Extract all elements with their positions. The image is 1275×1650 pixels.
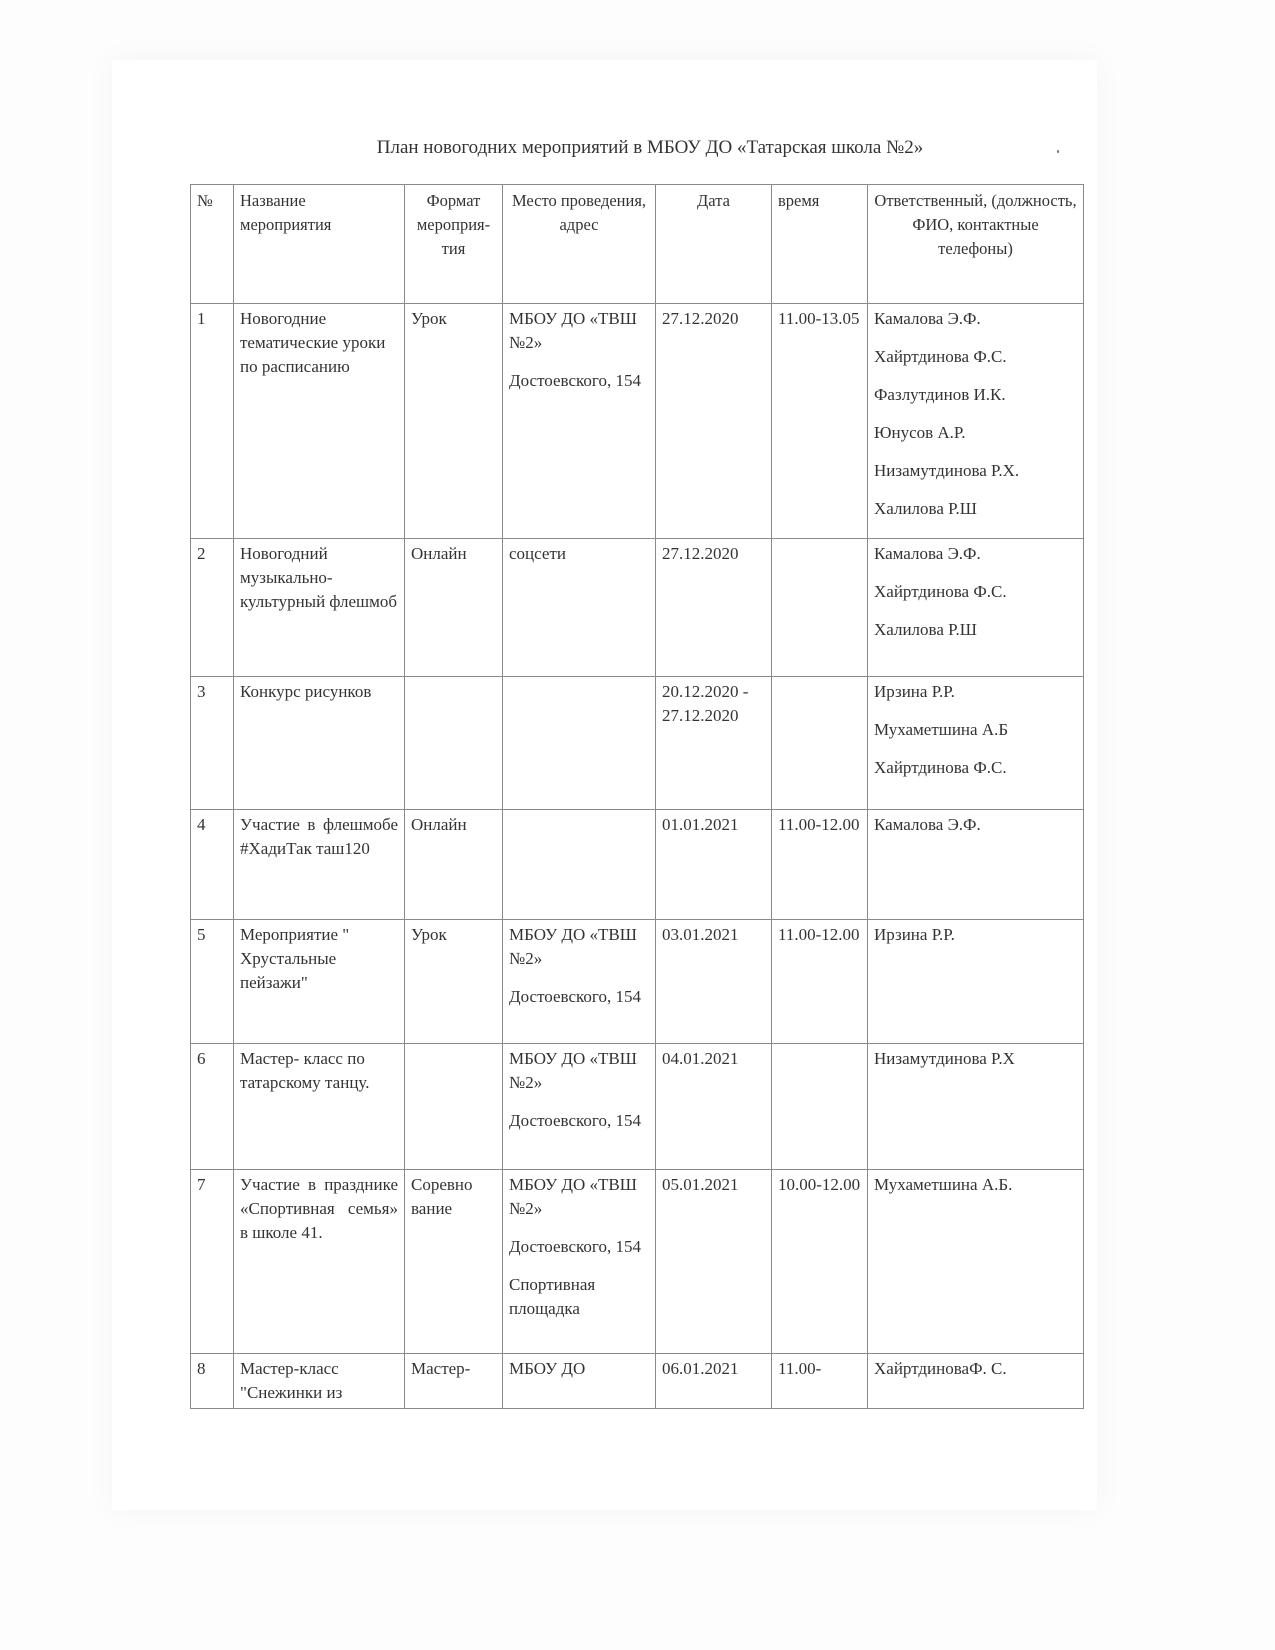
cell-time	[772, 539, 868, 677]
cell-date: 27.12.2020	[656, 304, 772, 539]
cell-name: Мастер-класс "Снежинки из	[234, 1354, 405, 1409]
responsible-person: Хайртдинова Ф.С.	[874, 756, 1077, 780]
cell-name: Новогодний музыкально-культурный флешмоб	[234, 539, 405, 677]
responsible-person: Низамутдинова Р.Х.	[874, 459, 1077, 483]
cell-format: Онлайн	[405, 539, 503, 677]
cell-place	[503, 810, 656, 920]
scan-speck	[1057, 150, 1059, 153]
cell-time: 10.00-12.00	[772, 1170, 868, 1354]
cell-time: 11.00-12.00	[772, 810, 868, 920]
cell-place: МБОУ ДО	[503, 1354, 656, 1409]
cell-place: МБОУ ДО «ТВШ №2»Достоевского, 154	[503, 1044, 656, 1170]
place-line: МБОУ ДО «ТВШ №2»	[509, 1047, 649, 1095]
responsible-person: Ирзина Р.Р.	[874, 923, 1077, 947]
responsible-person: Юнусов А.Р.	[874, 421, 1077, 445]
header-time: время	[772, 185, 868, 304]
cell-format	[405, 677, 503, 810]
cell-place: МБОУ ДО «ТВШ №2»Достоевского, 154	[503, 304, 656, 539]
cell-num: 8	[191, 1354, 234, 1409]
cell-place: соцсети	[503, 539, 656, 677]
cell-date: 20.12.2020 - 27.12.2020	[656, 677, 772, 810]
responsible-person: Камалова Э.Ф.	[874, 813, 1077, 837]
place-line: МБОУ ДО «ТВШ №2»	[509, 307, 649, 355]
table-row: 6Мастер- класс по татарскому танцу.МБОУ …	[191, 1044, 1084, 1170]
cell-responsible: Низамутдинова Р.Х	[868, 1044, 1084, 1170]
responsible-person: Ирзина Р.Р.	[874, 680, 1077, 704]
cell-name: Мастер- класс по татарскому танцу.	[234, 1044, 405, 1170]
responsible-person: Камалова Э.Ф.	[874, 307, 1077, 331]
cell-format: Соревно вание	[405, 1170, 503, 1354]
table-row: 4Участие в флешмобе #ХадиТак таш120Онлай…	[191, 810, 1084, 920]
cell-responsible: ХайртдиноваФ. С.	[868, 1354, 1084, 1409]
cell-date: 01.01.2021	[656, 810, 772, 920]
cell-num: 6	[191, 1044, 234, 1170]
responsible-person: ХайртдиноваФ. С.	[874, 1357, 1077, 1381]
table-body: 1Новогодние тематические уроки по распис…	[191, 304, 1084, 1409]
cell-name: Участие в флешмобе #ХадиТак таш120	[234, 810, 405, 920]
table-row: 8Мастер-класс "Снежинки изМастер-МБОУ ДО…	[191, 1354, 1084, 1409]
cell-format: Урок	[405, 304, 503, 539]
header-name: Название мероприятия	[234, 185, 405, 304]
cell-date: 05.01.2021	[656, 1170, 772, 1354]
cell-date: 27.12.2020	[656, 539, 772, 677]
place-line: Достоевского, 154	[509, 985, 649, 1009]
cell-responsible: Ирзина Р.Р.Мухаметшина А.БХайртдинова Ф.…	[868, 677, 1084, 810]
cell-num: 1	[191, 304, 234, 539]
cell-date: 06.01.2021	[656, 1354, 772, 1409]
cell-format: Мастер-	[405, 1354, 503, 1409]
place-line: МБОУ ДО «ТВШ №2»	[509, 923, 649, 971]
cell-num: 3	[191, 677, 234, 810]
place-line: Спортивная площадка	[509, 1273, 649, 1321]
cell-num: 4	[191, 810, 234, 920]
cell-num: 5	[191, 920, 234, 1044]
table-row: 7Участие в празднике «Спортивная семья» …	[191, 1170, 1084, 1354]
responsible-person: Хайртдинова Ф.С.	[874, 580, 1077, 604]
cell-num: 7	[191, 1170, 234, 1354]
cell-place: МБОУ ДО «ТВШ №2»Достоевского, 154	[503, 920, 656, 1044]
cell-responsible: Ирзина Р.Р.	[868, 920, 1084, 1044]
cell-time	[772, 1044, 868, 1170]
cell-time: 11.00-13.05	[772, 304, 868, 539]
place-line: МБОУ ДО	[509, 1357, 649, 1381]
cell-format: Онлайн	[405, 810, 503, 920]
responsible-person: Мухаметшина А.Б	[874, 718, 1077, 742]
cell-format: Урок	[405, 920, 503, 1044]
responsible-person: Фазлутдинов И.К.	[874, 383, 1077, 407]
cell-format	[405, 1044, 503, 1170]
responsible-person: Камалова Э.Ф.	[874, 542, 1077, 566]
cell-responsible: Камалова Э.Ф.Хайртдинова Ф.С.Фазлутдинов…	[868, 304, 1084, 539]
responsible-person: Мухаметшина А.Б.	[874, 1173, 1077, 1197]
table-row: 5Мероприятие " Хрустальные пейзажи"УрокМ…	[191, 920, 1084, 1044]
document-title: План новогодних мероприятий в МБОУ ДО «Т…	[0, 137, 1275, 159]
place-line: МБОУ ДО «ТВШ №2»	[509, 1173, 649, 1221]
place-line: соцсети	[509, 542, 649, 566]
header-responsible: Ответственный, (должность, ФИО, контактн…	[868, 185, 1084, 304]
table-header-row: № Название мероприятия Формат мероприя-т…	[191, 185, 1084, 304]
cell-name: Конкурс рисунков	[234, 677, 405, 810]
place-line: Достоевского, 154	[509, 369, 649, 393]
table-row: 2Новогодний музыкально-культурный флешмо…	[191, 539, 1084, 677]
place-line: Достоевского, 154	[509, 1235, 649, 1259]
events-table: № Название мероприятия Формат мероприя-т…	[190, 184, 1084, 1409]
table-row: 1Новогодние тематические уроки по распис…	[191, 304, 1084, 539]
cell-date: 03.01.2021	[656, 920, 772, 1044]
cell-place: МБОУ ДО «ТВШ №2»Достоевского, 154Спортив…	[503, 1170, 656, 1354]
responsible-person: Халилова Р.Ш	[874, 497, 1077, 521]
header-place: Место проведения, адрес	[503, 185, 656, 304]
cell-responsible: Камалова Э.Ф.Хайртдинова Ф.С.Халилова Р.…	[868, 539, 1084, 677]
responsible-person: Низамутдинова Р.Х	[874, 1047, 1077, 1071]
responsible-person: Халилова Р.Ш	[874, 618, 1077, 642]
cell-num: 2	[191, 539, 234, 677]
header-format: Формат мероприя-тия	[405, 185, 503, 304]
cell-time	[772, 677, 868, 810]
responsible-person: Хайртдинова Ф.С.	[874, 345, 1077, 369]
place-line: Достоевского, 154	[509, 1109, 649, 1133]
cell-name: Мероприятие " Хрустальные пейзажи"	[234, 920, 405, 1044]
cell-time: 11.00-	[772, 1354, 868, 1409]
cell-responsible: Мухаметшина А.Б.	[868, 1170, 1084, 1354]
table-row: 3Конкурс рисунков20.12.2020 - 27.12.2020…	[191, 677, 1084, 810]
header-num: №	[191, 185, 234, 304]
cell-time: 11.00-12.00	[772, 920, 868, 1044]
cell-place	[503, 677, 656, 810]
cell-name: Участие в празднике «Спортивная семья» в…	[234, 1170, 405, 1354]
cell-date: 04.01.2021	[656, 1044, 772, 1170]
cell-responsible: Камалова Э.Ф.	[868, 810, 1084, 920]
cell-name: Новогодние тематические уроки по расписа…	[234, 304, 405, 539]
header-date: Дата	[656, 185, 772, 304]
